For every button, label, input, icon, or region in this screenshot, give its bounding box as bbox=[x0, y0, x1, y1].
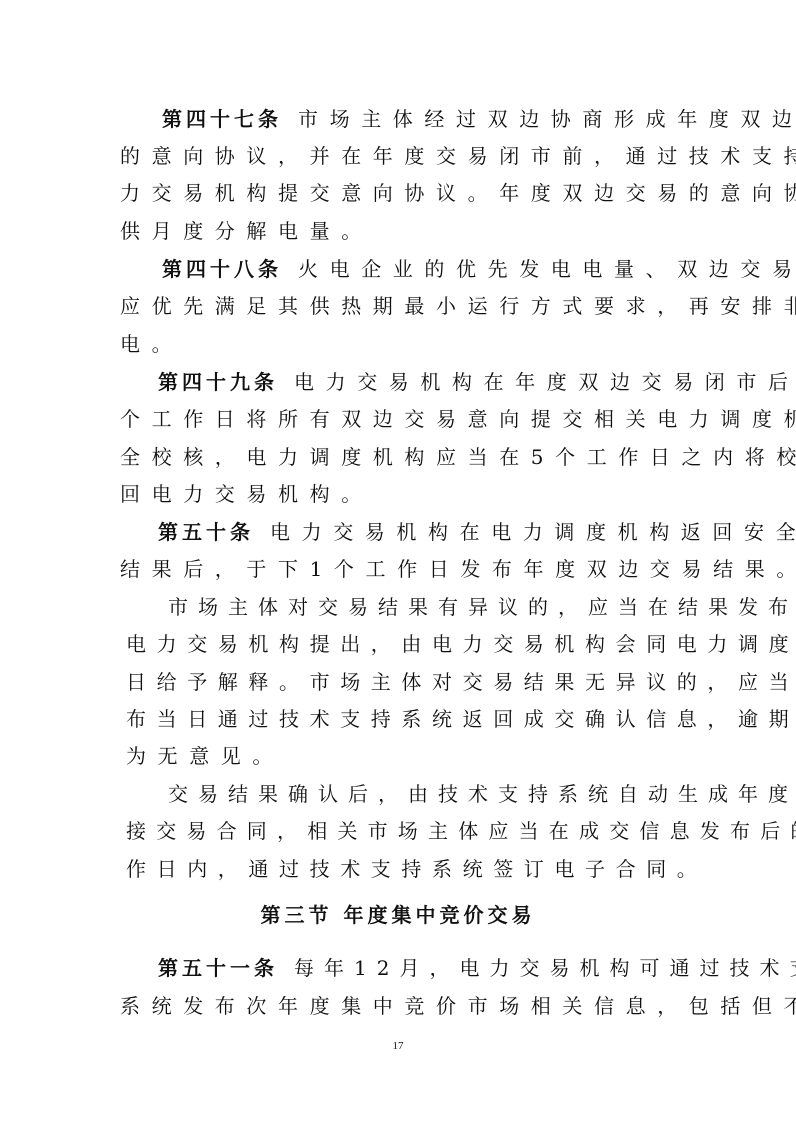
article-label: 第五十条 bbox=[158, 520, 254, 544]
article-50-line-1: 第五十条电力交易机构在电力调度机构返回安全校核 bbox=[158, 519, 672, 545]
article-48-line-1: 第四十八条火电企业的优先发电电量、双边交易电量 bbox=[162, 256, 676, 282]
objection-para-line-3: 日给予解释。市场主体对交易结果无异议的，应当在结果发 bbox=[126, 669, 682, 695]
article-text: 市场主体经过双边协商形成年度双边交易 bbox=[298, 107, 796, 131]
article-50-line-2: 结果后，于下1个工作日发布年度双边交易结果。 bbox=[120, 556, 676, 582]
confirmation-para-line-3: 作日内，通过技术支持系统签订电子合同。 bbox=[126, 856, 682, 882]
article-49-line-2: 个工作日将所有双边交易意向提交相关电力调度机构进行安 bbox=[120, 406, 676, 432]
article-49-line-4: 回电力交易机构。 bbox=[120, 481, 676, 507]
article-47-line-4: 供月度分解电量。 bbox=[120, 218, 676, 244]
article-51-line-2: 系统发布次年度集中竞价市场相关信息，包括但不限于： bbox=[120, 993, 676, 1019]
article-label: 第四十九条 bbox=[158, 370, 278, 394]
objection-para-line-1: 市场主体对交易结果有异议的，应当在结果发布当日向 bbox=[168, 594, 724, 620]
confirmation-para-line-1: 交易结果确认后，由技术支持系统自动生成年度双边直 bbox=[168, 781, 724, 807]
page-number: 17 bbox=[0, 1040, 796, 1052]
article-text: 电力交易机构在年度双边交易闭市后下1 bbox=[294, 370, 796, 394]
document-page: 第四十七条市场主体经过双边协商形成年度双边交易 的意向协议，并在年度交易闭市前，… bbox=[0, 0, 796, 1123]
article-49-line-1: 第四十九条电力交易机构在年度双边交易闭市后下1 bbox=[158, 369, 672, 395]
article-text: 火电企业的优先发电电量、双边交易电量 bbox=[298, 257, 796, 281]
article-label: 第五十一条 bbox=[158, 956, 278, 980]
objection-para-line-4: 布当日通过技术支持系统返回成交确认信息，逾期不返回视 bbox=[126, 706, 682, 732]
article-48-line-2: 应优先满足其供热期最小运行方式要求，再安排非供热期发 bbox=[120, 293, 676, 319]
article-47-line-2: 的意向协议，并在年度交易闭市前，通过技术支持系统向电 bbox=[120, 143, 676, 169]
article-51-line-1: 第五十一条每年12月，电力交易机构可通过技术支持 bbox=[158, 955, 672, 981]
article-48-line-3: 电。 bbox=[120, 331, 676, 357]
article-47-line-3: 力交易机构提交意向协议。年度双边交易的意向协议应当提 bbox=[120, 180, 676, 206]
article-text: 每年12月，电力交易机构可通过技术支持 bbox=[294, 956, 796, 980]
article-text: 电力交易机构在电力调度机构返回安全校核 bbox=[270, 520, 796, 544]
article-49-line-3: 全校核，电力调度机构应当在5个工作日之内将校核结果返 bbox=[120, 444, 676, 470]
article-label: 第四十八条 bbox=[162, 257, 282, 281]
section-heading: 第三节 年度集中竞价交易 bbox=[0, 899, 796, 928]
objection-para-line-5: 为无意见。 bbox=[126, 743, 682, 769]
objection-para-line-2: 电力交易机构提出，由电力交易机构会同电力调度机构在当 bbox=[126, 631, 682, 657]
article-label: 第四十七条 bbox=[162, 107, 282, 131]
article-47-line-1: 第四十七条市场主体经过双边协商形成年度双边交易 bbox=[162, 106, 676, 132]
confirmation-para-line-2: 接交易合同，相关市场主体应当在成交信息发布后的3个工 bbox=[126, 818, 682, 844]
